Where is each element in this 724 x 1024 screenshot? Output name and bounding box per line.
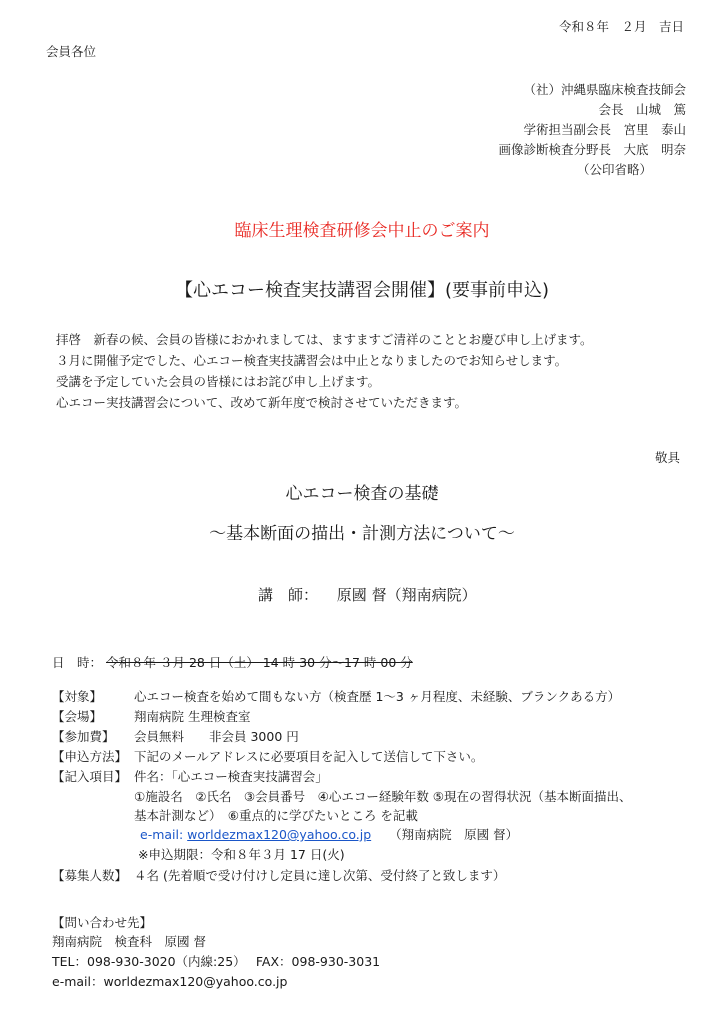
lecture-title: 心エコー検査の基礎	[0, 479, 724, 504]
lecture-subtitle: ～基本断面の描出・計測方法について～	[0, 519, 724, 544]
email-link[interactable]: worldezmax120@yahoo.co.jp	[187, 827, 371, 842]
detail-entry-items: 【記入項目】件名：「心エコー検査実技講習会」	[52, 767, 328, 785]
detail-value: 会員無料 非会員 3000 円	[134, 727, 299, 745]
followup-paragraph: 心エコー実技講習会について、改めて新年度で検討させていただきます。	[56, 393, 467, 411]
detail-value: ４名 (先着順で受け付けし定員に達し次第、受付終了と致します）	[134, 866, 505, 884]
sender-president: 会長 山城 篤	[598, 100, 686, 118]
contact-email: e-mail：worldezmax120@yahoo.co.jp	[52, 972, 287, 990]
detail-fee: 【参加費】会員無料 非会員 3000 円	[52, 727, 299, 745]
cancellation-paragraph: ３月に開催予定でした、心エコー検査実技講習会は中止となりましたのでお知らせします…	[56, 351, 567, 369]
document-date: 令和８年 ２月 吉日	[559, 17, 684, 35]
sender-vice-president: 学術担当副会長 宮里 泰山	[523, 120, 686, 138]
detail-capacity: 【募集人数】４名 (先着順で受け付けし定員に達し次第、受付終了と致します）	[52, 866, 505, 884]
seal-omitted: （公印省略）	[577, 160, 652, 178]
lecturer-name: 原國 督（翔南病院）	[337, 586, 477, 604]
email-prefix: e-mail:	[140, 827, 187, 842]
apology-paragraph: 受講を予定していた会員の皆様にはお詫び申し上げます。	[56, 372, 380, 390]
detail-target: 【対象】心エコー検査を始めて間もない方（検査歴 1～3 ヶ月程度、未経験、ブラン…	[52, 687, 620, 705]
entry-items-line2: 基本計測など） ⑥重点的に学びたいところ を記載	[134, 806, 418, 824]
greeting-paragraph: 拝啓 新春の候、会員の皆様におかれましては、ますますご清祥のこととお慶び申し上げ…	[56, 330, 593, 348]
detail-label: 【参加費】	[52, 727, 134, 745]
detail-label: 【申込方法】	[52, 747, 134, 765]
schedule-value-cancelled: 令和８年 ３月 28 日（土） 14 時 30 分～17 時 00 分	[106, 655, 413, 670]
contact-phone-fax: TEL：098-930-3020（内線:25） FAX：098-930-3031	[52, 952, 380, 970]
contact-heading: 【問い合わせ先】	[52, 913, 152, 931]
detail-application-method: 【申込方法】下記のメールアドレスに必要項目を記入して送信して下さい。	[52, 747, 483, 765]
closing-keigu: 敬具	[655, 448, 680, 466]
event-heading: 【心エコー検査実技講習会開催】(要事前申込)	[0, 276, 724, 302]
detail-label: 【記入項目】	[52, 767, 134, 785]
lecturer-label: 講 師：	[258, 586, 318, 604]
detail-value: 件名：「心エコー検査実技講習会」	[134, 767, 328, 785]
schedule-line: 日 時： 令和８年 ３月 28 日（土） 14 時 30 分～17 時 00 分	[52, 653, 413, 671]
contact-org: 翔南病院 検査科 原國 督	[52, 932, 206, 950]
lecturer-line: 講 師： 原國 督（翔南病院）	[258, 584, 477, 605]
entry-items-line1: ①施設名 ②氏名 ③会員番号 ④心エコー経験年数 ⑤現在の習得状況（基本断面描出…	[134, 787, 632, 805]
sender-org: （社）沖縄県臨床検査技師会	[523, 80, 686, 98]
detail-value: 心エコー検査を始めて間もない方（検査歴 1～3 ヶ月程度、未経験、ブランクある方…	[134, 687, 620, 705]
detail-label: 【会場】	[52, 707, 134, 725]
email-contact-name: （翔南病院 原國 督）	[389, 827, 518, 842]
detail-venue: 【会場】翔南病院 生理検査室	[52, 707, 250, 725]
application-deadline: ※申込期限：令和８年３月 17 日(火)	[138, 845, 345, 863]
addressee: 会員各位	[46, 42, 96, 60]
notice-title: 臨床生理検査研修会中止のご案内	[0, 216, 724, 241]
detail-label: 【募集人数】	[52, 866, 134, 884]
schedule-label: 日 時：	[52, 655, 102, 670]
detail-label: 【対象】	[52, 687, 134, 705]
entry-email-line: e-mail: worldezmax120@yahoo.co.jp （翔南病院 …	[140, 825, 518, 843]
sender-division-head: 画像診断検査分野長 大底 明奈	[498, 140, 686, 158]
detail-value: 翔南病院 生理検査室	[134, 707, 250, 725]
detail-value: 下記のメールアドレスに必要項目を記入して送信して下さい。	[134, 747, 483, 765]
